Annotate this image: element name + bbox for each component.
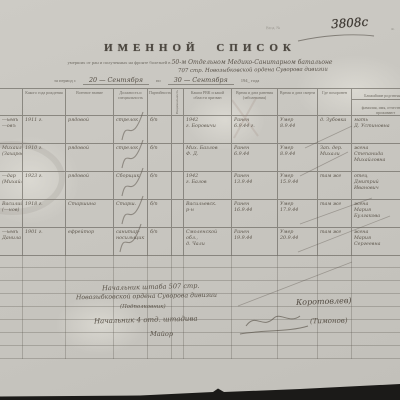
table-cell: там же bbox=[318, 228, 352, 256]
table-cell: Смоленской обл., д. Чали bbox=[184, 228, 232, 256]
col-header-birth-year: Какого года рождения bbox=[23, 89, 66, 116]
table-cell bbox=[172, 200, 184, 228]
table-cell: Умер 8.9.44 bbox=[278, 116, 318, 144]
table-cell: рядовой bbox=[66, 144, 114, 172]
table-cell: Ранен 6.9.44 г. bbox=[232, 116, 278, 144]
signature-line-rank-major: Майор bbox=[150, 330, 173, 338]
table-cell: ефрейтор bbox=[66, 228, 114, 256]
signature-surname-right-1: Коротовлев) bbox=[296, 296, 352, 307]
period-to-date: 30 — Сентября bbox=[168, 76, 234, 85]
col-header-nationality-text: Национальность bbox=[175, 90, 179, 114]
table-cell: 1918 г. bbox=[23, 200, 66, 228]
signature-line-chief-of-staff: Начальник штаба 507 стр. bbox=[102, 282, 200, 293]
document-scan: Вход. № 3808с Ф. ИМЕННОЙ СПИСОК умерших … bbox=[0, 0, 400, 400]
table-cell: ―ьевъ Данила bbox=[0, 228, 23, 256]
signature-line-dept-chief: Начальник 4 отд. штадива bbox=[94, 315, 198, 326]
period-middle: по bbox=[156, 78, 161, 83]
table-cell: Старшина bbox=[66, 200, 114, 228]
col-header-party: Партийность bbox=[148, 89, 172, 116]
subtitle-printed: умерших от ран и полученных на фронте бо… bbox=[68, 60, 171, 65]
table-cell: санитар- носильщик bbox=[114, 228, 148, 256]
signature-line-rank-lt-colonel: (Подполковник) bbox=[120, 304, 166, 310]
table-cell: б/п bbox=[148, 228, 172, 256]
table-cell bbox=[172, 172, 184, 200]
table-cell: Ранен 13.9.44 bbox=[232, 172, 278, 200]
table-cell: Умер 17.9.44 bbox=[278, 200, 318, 228]
cut-corner-fragment: Ф. bbox=[391, 27, 400, 43]
table-cell: Васильевск. р-н bbox=[184, 200, 232, 228]
table-cell: мать Д. Устиновна bbox=[352, 116, 400, 144]
table-cell: 1910 г. bbox=[23, 144, 66, 172]
document-title: ИМЕННОЙ СПИСОК bbox=[0, 42, 400, 54]
table-cell: Старш. bbox=[114, 200, 148, 228]
table-cell: Умер 15.9.44 bbox=[278, 172, 318, 200]
scan-edge-wedge bbox=[0, 384, 400, 400]
col-header-name-cut bbox=[0, 89, 23, 116]
table-cell: Мих. Базлов Ф. Д. bbox=[184, 144, 232, 172]
table-cell bbox=[172, 228, 184, 256]
table-cell: рядовой bbox=[66, 116, 114, 144]
period-from-date: 20 — Сентября bbox=[83, 76, 149, 85]
incoming-stamp-label: Вход. № bbox=[266, 25, 280, 30]
table-cell: 1901 г. bbox=[23, 228, 66, 256]
casualty-table: Какого года рождения Военное звание Долж… bbox=[0, 88, 400, 256]
col-header-wound-date: Время и дата ранения (заболевания) bbox=[232, 89, 278, 116]
table-cell: 1942 г. Балов bbox=[184, 172, 232, 200]
table-cell: жена Мария Булгакова bbox=[352, 200, 400, 228]
col-header-rank: Военное звание bbox=[66, 89, 114, 116]
col-header-death-date: Время и дата смерти bbox=[278, 89, 318, 116]
table-cell: Сборщик bbox=[114, 172, 148, 200]
table-cell: Ранен 6.9.44 bbox=[232, 144, 278, 172]
table-cell: жена Мария Сергеевна bbox=[352, 228, 400, 256]
signature-scribble bbox=[240, 316, 308, 334]
table-cell: б/п bbox=[148, 116, 172, 144]
signature-line-division: Новозыбковской ордена Суворова дивизии bbox=[76, 292, 217, 301]
table-cell: Умер 8.9.44 bbox=[278, 144, 318, 172]
empty-table-rows bbox=[0, 255, 400, 359]
table-cell: Умер 20.9.44 bbox=[278, 228, 318, 256]
registration-number: 3808с bbox=[330, 15, 368, 32]
table-cell: д. Зубовка bbox=[318, 116, 352, 144]
table-cell: Ранен 19.9.44 bbox=[232, 228, 278, 256]
table-cell: 1923 г. bbox=[23, 172, 66, 200]
table-cell: отец Дмитрий Иванович bbox=[352, 172, 400, 200]
relatives-sub-header: фамилия, имя, отчество, где проживают bbox=[362, 105, 400, 115]
table-cell: стрелок bbox=[114, 144, 148, 172]
table-cell: б/п bbox=[148, 200, 172, 228]
document-subtitle: умерших от ран и полученных на фронте бо… bbox=[0, 59, 400, 66]
table-cell: б/п bbox=[148, 172, 172, 200]
period-prefix: за период с bbox=[54, 78, 76, 83]
table-cell: там же bbox=[318, 172, 352, 200]
table-cell: стрелок bbox=[114, 116, 148, 144]
table-cell: там же bbox=[318, 200, 352, 228]
table-cell: Зап. дер. Михали bbox=[318, 144, 352, 172]
period-line: за период с 20 — Сентября по 30 — Сентяб… bbox=[54, 76, 259, 85]
unit-name-handwritten: 50-м Отдельном Медико-Санитарном батальо… bbox=[172, 59, 333, 66]
table-cell: ―ьевъ ―овъ bbox=[0, 116, 23, 144]
table-cell bbox=[172, 116, 184, 144]
col-header-drafted-by: Каким РВК и какой области призван bbox=[184, 89, 232, 116]
col-header-nationality: Национальность bbox=[172, 89, 184, 116]
table-cell: б/п bbox=[148, 144, 172, 172]
table-cell: ―дар (Михайлов) bbox=[0, 172, 23, 200]
division-name-handwritten: 707 стр. Новозыбковской ордена Суворова … bbox=[178, 66, 400, 74]
table-cell bbox=[172, 144, 184, 172]
table-cell: Михаил (Захаров) bbox=[0, 144, 23, 172]
relatives-group-header: Ближайшие родственники bbox=[352, 94, 400, 101]
col-header-relatives: Ближайшие родственники фамилия, имя, отч… bbox=[352, 89, 400, 116]
table-cell: Ранен 16.9.44 bbox=[232, 200, 278, 228]
signature-surname-right-2: (Тимонов) bbox=[310, 317, 348, 326]
table-cell: 1942 г. Боровичи bbox=[184, 116, 232, 144]
col-header-burial-place: Где похоронен bbox=[318, 89, 352, 116]
col-header-duty: Должность и специальность bbox=[114, 89, 148, 116]
regnum-underline-stroke bbox=[298, 35, 374, 41]
table-cell: Василий (―нов) bbox=[0, 200, 23, 228]
period-year: 194_ года bbox=[241, 78, 260, 83]
table-cell: рядовой bbox=[66, 172, 114, 200]
table-cell: 1911 г. bbox=[23, 116, 66, 144]
table-cell: жена Степанида Михайловна bbox=[352, 144, 400, 172]
